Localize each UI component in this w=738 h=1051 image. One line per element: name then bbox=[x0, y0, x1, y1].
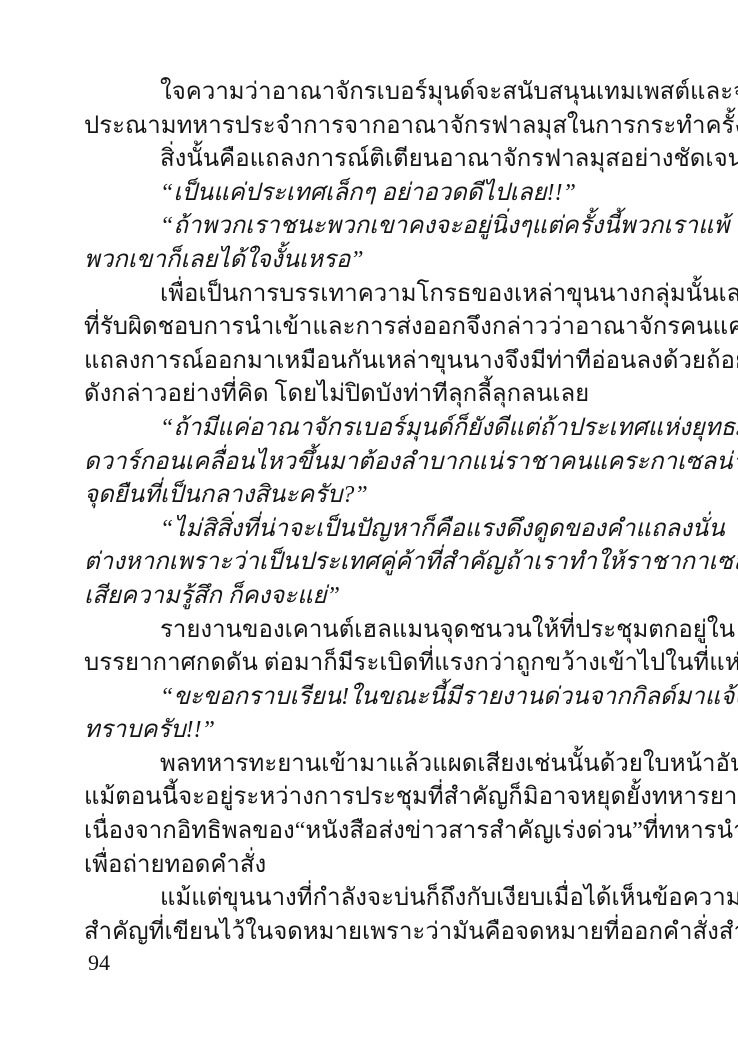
text-line: “ถ้ามีแค่อาณาจักรเบอร์มุนด์ก็ยังดีแต่ถ้า… bbox=[84, 412, 655, 446]
text-line: ดังกล่าวอย่างที่คิด โดยไม่ปิดบังท่าทีลุก… bbox=[84, 378, 655, 412]
text-line: “เป็นแค่ประเทศเล็กๆ อย่าอวดดีไปเลย!!” bbox=[84, 177, 655, 211]
text-block: ใจความว่าอาณาจักรเบอร์มุนด์จะสนับสนุนเทม… bbox=[84, 76, 655, 949]
text-line: ทราบครับ!!” bbox=[84, 714, 655, 748]
text-chunk: ใจความว่า bbox=[160, 76, 272, 110]
text-line: แม้ตอนนี้จะอยู่ระหว่างการประชุมที่สำคัญก… bbox=[84, 781, 655, 815]
text-chunk: แถลงการณ์ออกมาเหมือนกัน bbox=[84, 345, 378, 379]
text-chunk: เหล่าขุนนางจึงมีท่าทีอ่อนลงด้วยถ้อยคำ bbox=[378, 345, 738, 379]
text-chunk: เพราะว่ามันคือจดหมายที่ออกคำสั่งสำหรับ bbox=[362, 916, 738, 950]
text-chunk: สำคัญที่เขียนไว้ในจดหมาย bbox=[84, 916, 362, 950]
page-number: 94 bbox=[88, 948, 110, 978]
text-line: จุดยืนที่เป็นกลางสินะครับ?” bbox=[84, 479, 655, 513]
text-chunk: อาณาจักรคนแคระก็มี bbox=[575, 311, 738, 345]
text-line: แถลงการณ์ออกมาเหมือนกันเหล่าขุนนางจึงมีท… bbox=[84, 345, 655, 379]
text-line: ประณามทหารประจำการจากอาณาจักรฟาลมุสในการ… bbox=[84, 110, 655, 144]
paragraph: เพื่อเป็นการบรรเทาความโกรธของเหล่าขุนนาง… bbox=[84, 278, 655, 412]
text-chunk: แม้ตอนนี้จะอยู่ระหว่างการประชุมที่สำคัญ bbox=[84, 781, 508, 815]
text-chunk: และจะ bbox=[690, 76, 738, 110]
text-line: ใจความว่าอาณาจักรเบอร์มุนด์จะสนับสนุนเทม… bbox=[84, 76, 655, 110]
text-chunk: สิ่งที่น่าจะเป็นปัญหาก็คือ bbox=[216, 513, 465, 547]
text-chunk: ราชาคนแคระกาเซลน่าจะรักษา bbox=[503, 446, 738, 480]
text-chunk: ที่รับผิดชอบการนำเข้าและการส่งออกจึงกล่า… bbox=[84, 311, 575, 345]
text-chunk: เนื่องจากอิทธิพลของ bbox=[84, 815, 295, 849]
text-line: ต่างหากเพราะว่าเป็นประเทศคู่ค้าที่สำคัญถ… bbox=[84, 546, 655, 580]
text-chunk: ก็มิอาจหยุดยั้งทหารยามไว้ได้ bbox=[508, 781, 738, 815]
text-chunk: “ถ้าพวกเราชนะพวกเขาคงจะอยู่นิ่งๆ bbox=[160, 210, 531, 244]
text-chunk: ขอกราบเรียน! bbox=[203, 681, 350, 715]
text-line: รายงานของเคานต์เฮลแมนจุดชนวนให้ที่ประชุม… bbox=[84, 614, 655, 648]
text-chunk: แรงดึงดูดของคำแถลงนั่น bbox=[465, 513, 725, 547]
paragraph: แม้แต่ขุนนางที่กำลังจะบ่นก็ถึงกับเงียบเม… bbox=[84, 882, 655, 949]
text-line: บรรยากาศกดดัน ต่อมาก็มีระเบิดที่แรงกว่าถ… bbox=[84, 647, 655, 681]
text-line: “ถ้าพวกเราชนะพวกเขาคงจะอยู่นิ่งๆแต่ครั้ง… bbox=[84, 210, 655, 244]
text-line: พวกเขาก็เลยได้ใจงั้นเหรอ” bbox=[84, 244, 655, 278]
paragraph: “ถ้ามีแค่อาณาจักรเบอร์มุนด์ก็ยังดีแต่ถ้า… bbox=[84, 412, 655, 513]
text-chunk: พลทหารทะยานเข้ามา bbox=[160, 748, 389, 782]
text-chunk: แต่ถ้าประเทศแห่งยุทธภัณฑ์ bbox=[508, 412, 738, 446]
text-chunk: ดวาร์กอนเคลื่อนไหวขึ้นมาต้องลำบากแน่ bbox=[84, 446, 503, 480]
paragraph: รายงานของเคานต์เฮลแมนจุดชนวนให้ที่ประชุม… bbox=[84, 614, 655, 681]
paragraph: “เป็นแค่ประเทศเล็กๆ อย่าอวดดีไปเลย!!” bbox=[84, 177, 655, 211]
paragraph: สิ่งนั้นคือแถลงการณ์ติเตียนอาณาจักรฟาลมุ… bbox=[84, 143, 655, 177]
text-line: แม้แต่ขุนนางที่กำลังจะบ่นก็ถึงกับเงียบเม… bbox=[84, 882, 655, 916]
text-chunk: แม้แต่ขุนนางที่กำลังจะบ่นก็ถึงกับเงียบ bbox=[160, 882, 545, 916]
paragraph: “ไม่สิสิ่งที่น่าจะเป็นปัญหาก็คือแรงดึงดู… bbox=[84, 513, 655, 614]
text-chunk: แต่ครั้งนี้พวกเราแพ้ bbox=[531, 210, 729, 244]
text-chunk: เพราะว่าเป็นประเทศคู่ค้าที่สำคัญ bbox=[169, 546, 505, 580]
text-chunk: ที่ทหารนำมา bbox=[643, 815, 738, 849]
text-line: สำคัญที่เขียนไว้ในจดหมายเพราะว่ามันคือจด… bbox=[84, 916, 655, 950]
text-line: พลทหารทะยานเข้ามาแล้วแผดเสียงเช่นนั้นด้ว… bbox=[84, 748, 655, 782]
text-line: สิ่งนั้นคือแถลงการณ์ติเตียนอาณาจักรฟาลมุ… bbox=[84, 143, 655, 177]
text-line: “ไม่สิสิ่งที่น่าจะเป็นปัญหาก็คือแรงดึงดู… bbox=[84, 513, 655, 547]
text-line: ที่รับผิดชอบการนำเข้าและการส่งออกจึงกล่า… bbox=[84, 311, 655, 345]
text-chunk: เพื่อเป็นการบรรเทาความโกรธของเหล่าขุนนาง… bbox=[160, 278, 719, 312]
paragraph: พลทหารทะยานเข้ามาแล้วแผดเสียงเช่นนั้นด้ว… bbox=[84, 748, 655, 882]
text-line: เพื่อถ่ายทอดคำสั่ง bbox=[84, 849, 655, 883]
text-chunk: ถ้าเราทำให้ราชากาเซล bbox=[505, 546, 738, 580]
text-chunk: อาณาจักรเบอร์มุนด์จะสนับสนุนเทมเพสต์ bbox=[272, 76, 690, 110]
text-chunk: แล้วแผดเสียงเช่นนั้นด้วยใบหน้าอันซีดเซีย… bbox=[389, 748, 738, 782]
text-chunk: “หนังสือส่งข่าวสารสำคัญเร่งด่วน” bbox=[295, 815, 643, 849]
text-line: เพื่อเป็นการบรรเทาความโกรธของเหล่าขุนนาง… bbox=[84, 278, 655, 312]
paragraph: ใจความว่าอาณาจักรเบอร์มุนด์จะสนับสนุนเทม… bbox=[84, 76, 655, 143]
text-chunk: ต่างหาก bbox=[84, 546, 169, 580]
text-line: “ขะขอกราบเรียน!ในขณะนี้มีรายงานด่วนจากกิ… bbox=[84, 681, 655, 715]
text-line: ดวาร์กอนเคลื่อนไหวขึ้นมาต้องลำบากแน่ราชา… bbox=[84, 446, 655, 480]
text-line: เสียความรู้สึก ก็คงจะแย่” bbox=[84, 580, 655, 614]
paragraph: “ขะขอกราบเรียน!ในขณะนี้มีรายงานด่วนจากกิ… bbox=[84, 681, 655, 748]
text-chunk: เสนาบดี bbox=[719, 278, 738, 312]
text-line: เนื่องจากอิทธิพลของ“หนังสือส่งข่าวสารสำค… bbox=[84, 815, 655, 849]
book-page: ใจความว่าอาณาจักรเบอร์มุนด์จะสนับสนุนเทม… bbox=[0, 0, 738, 1051]
text-chunk: “ขะ bbox=[160, 681, 203, 715]
text-chunk: “ถ้ามีแค่อาณาจักรเบอร์มุนด์ก็ยังดี bbox=[160, 412, 508, 446]
text-chunk: “ไม่สิ bbox=[160, 513, 216, 547]
text-chunk: เมื่อได้เห็นข้อความ bbox=[545, 882, 738, 916]
paragraph: “ถ้าพวกเราชนะพวกเขาคงจะอยู่นิ่งๆแต่ครั้ง… bbox=[84, 210, 655, 277]
text-chunk: ในขณะนี้มีรายงานด่วนจากกิลด์มาแจ้งให้ bbox=[349, 681, 738, 715]
